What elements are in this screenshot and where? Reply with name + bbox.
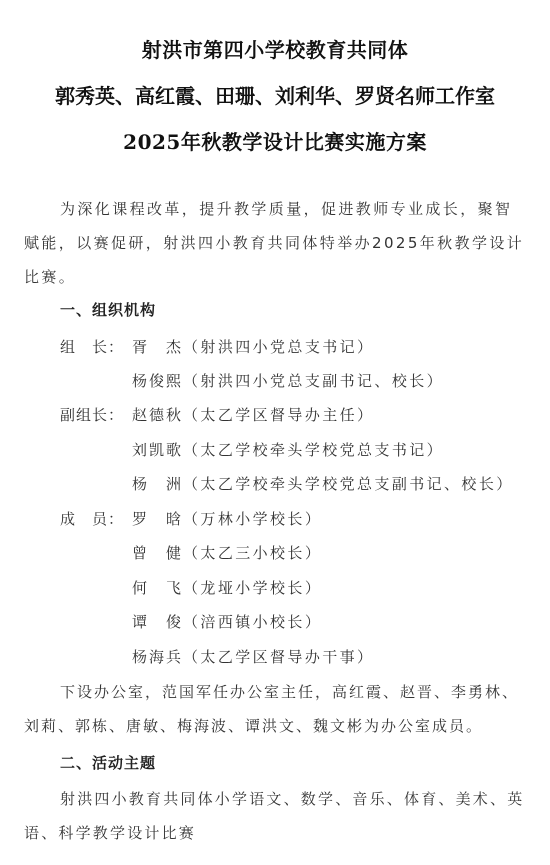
- member-name: 赵德秋: [132, 398, 183, 432]
- member-name: 胥 杰: [132, 330, 183, 364]
- section-heading-theme: 二、活动主题: [60, 752, 156, 773]
- member-name: 罗 晗: [132, 502, 183, 536]
- member-role: 组 长：: [60, 330, 132, 364]
- member-row: 杨俊熙（射洪四小党总支副书记、校长）: [60, 364, 444, 398]
- member-name: 杨 洲: [132, 467, 183, 501]
- doc-title-line1: 射洪市第四小学校教育共同体: [0, 34, 550, 63]
- member-role: 成 员：: [60, 502, 132, 536]
- member-row: 曾 健（太乙三小校长）: [60, 536, 322, 570]
- office-paragraph: 下设办公室，范国军任办公室主任，高红霞、赵晋、李勇林、刘莉、郭栋、唐敏、梅海波、…: [24, 675, 529, 743]
- member-row: 杨 洲（太乙学校牵头学校党总支副书记、校长）: [60, 467, 514, 501]
- member-row: 何 飞（龙垭小学校长）: [60, 571, 322, 605]
- member-title: （太乙三小校长）: [183, 536, 322, 570]
- member-row: 成 员：罗 晗（万林小学校长）: [60, 502, 322, 536]
- member-name: 谭 俊: [132, 605, 183, 639]
- member-row: 组 长：胥 杰（射洪四小党总支书记）: [60, 330, 374, 364]
- member-name: 曾 健: [132, 536, 183, 570]
- member-title: （龙垭小学校长）: [183, 571, 322, 605]
- member-row: 刘凯歌（太乙学校牵头学校党总支书记）: [60, 433, 444, 467]
- member-title: （太乙学校牵头学校党总支书记）: [183, 433, 444, 467]
- member-name: 刘凯歌: [132, 433, 183, 467]
- member-row: 谭 俊（涪西镇小校长）: [60, 605, 322, 639]
- member-name: 杨海兵: [132, 640, 183, 674]
- intro-paragraph: 为深化课程改革，提升教学质量，促进教师专业成长，聚智赋能，以赛促研，射洪四小教育…: [24, 192, 529, 294]
- member-row: 杨海兵（太乙学区督导办干事）: [60, 640, 374, 674]
- doc-title-line3: 2025年秋教学设计比赛实施方案: [0, 126, 550, 155]
- member-title: （太乙学区督导办主任）: [183, 398, 374, 432]
- theme-paragraph: 射洪四小教育共同体小学语文、数学、音乐、体育、美术、英语、科学教学设计比赛: [24, 782, 529, 850]
- member-name: 杨俊熙: [132, 364, 183, 398]
- member-title: （太乙学校牵头学校党总支副书记、校长）: [183, 467, 514, 501]
- member-role: 副组长：: [60, 398, 132, 432]
- section-heading-organization: 一、组织机构: [60, 299, 156, 320]
- member-title: （万林小学校长）: [183, 502, 322, 536]
- member-title: （射洪四小党总支书记）: [183, 330, 374, 364]
- member-row: 副组长：赵德秋（太乙学区督导办主任）: [60, 398, 374, 432]
- member-name: 何 飞: [132, 571, 183, 605]
- member-title: （太乙学区督导办干事）: [183, 640, 374, 674]
- document-page: 射洪市第四小学校教育共同体 郭秀英、高红霞、田珊、刘利华、罗贤名师工作室 202…: [0, 0, 550, 865]
- member-title: （涪西镇小校长）: [183, 605, 322, 639]
- doc-title-line2: 郭秀英、高红霞、田珊、刘利华、罗贤名师工作室: [0, 80, 550, 109]
- member-title: （射洪四小党总支副书记、校长）: [183, 364, 444, 398]
